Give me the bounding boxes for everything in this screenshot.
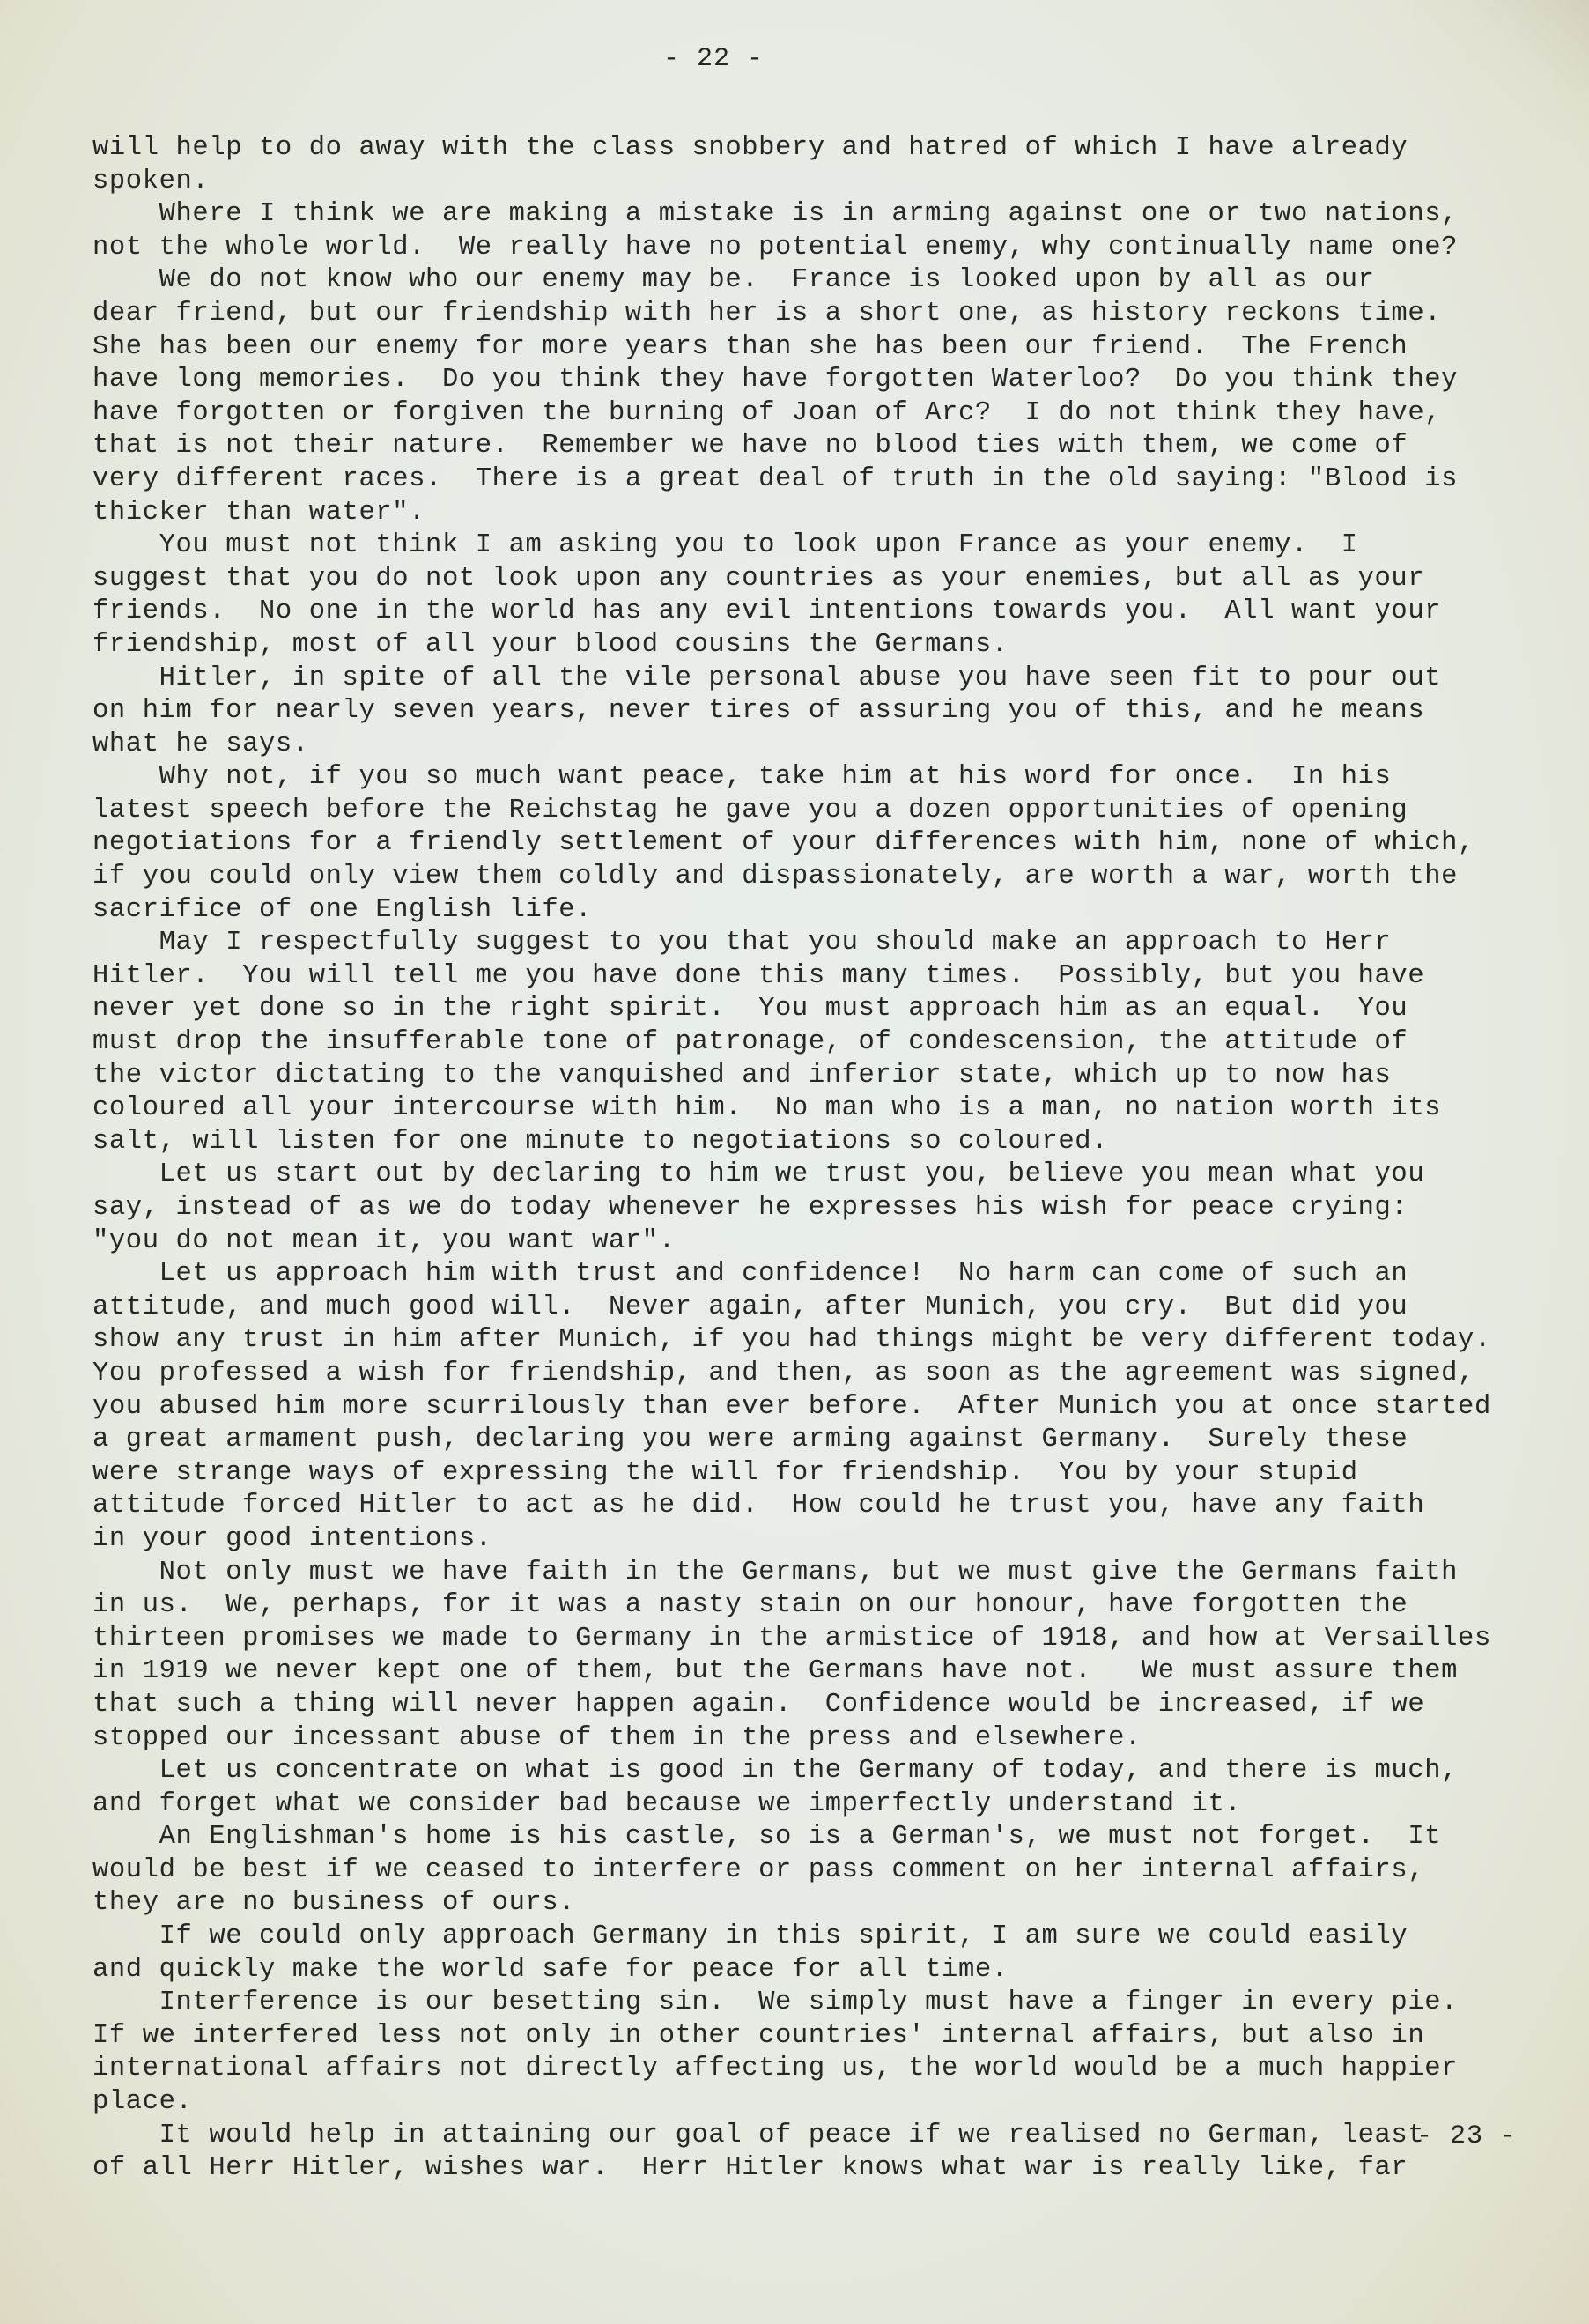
text-line: "you do not mean it, you want war". [92, 1225, 1589, 1259]
text-line: and forget what we consider bad because … [92, 1788, 1589, 1822]
text-line: latest speech before the Reichstag he ga… [92, 795, 1589, 828]
text-line: Where I think we are making a mistake is… [92, 198, 1589, 232]
text-line: the victor dictating to the vanquished a… [92, 1060, 1589, 1093]
text-line: sacrifice of one English life. [92, 894, 1589, 928]
text-line: Let us approach him with trust and confi… [92, 1258, 1589, 1292]
text-line: Not only must we have faith in the Germa… [92, 1557, 1589, 1590]
text-line: thirteen promises we made to Germany in … [92, 1623, 1589, 1656]
page-number-bottom: - 23 - [1416, 2121, 1517, 2151]
text-line: If we could only approach Germany in thi… [92, 1921, 1589, 1954]
text-line: would be best if we ceased to interfere … [92, 1854, 1589, 1888]
text-line: She has been our enemy for more years th… [92, 331, 1589, 365]
text-line: salt, will listen for one minute to nego… [92, 1126, 1589, 1159]
body-text: will help to do away with the class snob… [92, 132, 1589, 2186]
text-line: what he says. [92, 729, 1589, 762]
text-line: Why not, if you so much want peace, take… [92, 761, 1589, 795]
text-line: show any trust in him after Munich, if y… [92, 1324, 1589, 1358]
text-line: coloured all your intercourse with him. … [92, 1092, 1589, 1126]
text-line: It would help in attaining our goal of p… [92, 2120, 1589, 2153]
text-line: never yet done so in the right spirit. Y… [92, 993, 1589, 1026]
text-line: and quickly make the world safe for peac… [92, 1954, 1589, 1987]
text-line: Let us start out by declaring to him we … [92, 1158, 1589, 1192]
text-line: will help to do away with the class snob… [92, 132, 1589, 166]
text-line: in 1919 we never kept one of them, but t… [92, 1655, 1589, 1689]
text-line: Hitler. You will tell me you have done t… [92, 960, 1589, 994]
text-line: An Englishman's home is his castle, so i… [92, 1821, 1589, 1854]
text-line: a great armament push, declaring you wer… [92, 1424, 1589, 1457]
text-line: Let us concentrate on what is good in th… [92, 1755, 1589, 1788]
text-line: were strange ways of expressing the will… [92, 1457, 1589, 1491]
text-line: they are no business of ours. [92, 1887, 1589, 1921]
paper-corner-shading [1413, 0, 1589, 141]
text-line: international affairs not directly affec… [92, 2053, 1589, 2086]
text-line: have long memories. Do you think they ha… [92, 364, 1589, 397]
text-line: If we interfered less not only in other … [92, 2020, 1589, 2054]
text-line: suggest that you do not look upon any co… [92, 563, 1589, 596]
text-line: that is not their nature. Remember we ha… [92, 430, 1589, 463]
text-line: friendship, most of all your blood cousi… [92, 629, 1589, 662]
text-line: negotiations for a friendly settlement o… [92, 827, 1589, 861]
text-line: very different races. There is a great d… [92, 463, 1589, 497]
text-line: in us. We, perhaps, for it was a nasty s… [92, 1589, 1589, 1623]
text-line: You professed a wish for friendship, and… [92, 1358, 1589, 1391]
text-line: of all Herr Hitler, wishes war. Herr Hit… [92, 2152, 1589, 2186]
text-line: friends. No one in the world has any evi… [92, 596, 1589, 629]
text-line: stopped our incessant abuse of them in t… [92, 1722, 1589, 1756]
text-line: place. [92, 2086, 1589, 2120]
text-line: dear friend, but our friendship with her… [92, 298, 1589, 331]
text-line: you abused him more scurrilously than ev… [92, 1391, 1589, 1425]
text-line: in your good intentions. [92, 1523, 1589, 1557]
text-line: We do not know who our enemy may be. Fra… [92, 264, 1589, 298]
text-line: if you could only view them coldly and d… [92, 861, 1589, 894]
text-line: that such a thing will never happen agai… [92, 1689, 1589, 1722]
text-line: You must not think I am asking you to lo… [92, 529, 1589, 563]
text-line: thicker than water". [92, 497, 1589, 530]
text-line: have forgotten or forgiven the burning o… [92, 397, 1589, 431]
text-line: not the whole world. We really have no p… [92, 232, 1589, 265]
typewritten-page: - 22 - will help to do away with the cla… [0, 0, 1589, 2324]
text-line: May I respectfully suggest to you that y… [92, 927, 1589, 960]
text-line: on him for nearly seven years, never tir… [92, 695, 1589, 729]
text-line: attitude, and much good will. Never agai… [92, 1292, 1589, 1325]
text-line: spoken. [92, 166, 1589, 199]
text-line: Interference is our besetting sin. We si… [92, 1987, 1589, 2020]
text-line: attitude forced Hitler to act as he did.… [92, 1490, 1589, 1523]
text-line: Hitler, in spite of all the vile persona… [92, 662, 1589, 696]
text-line: say, instead of as we do today whenever … [92, 1192, 1589, 1225]
page-number-top: - 22 - [0, 44, 1427, 74]
text-line: must drop the insufferable tone of patro… [92, 1026, 1589, 1060]
